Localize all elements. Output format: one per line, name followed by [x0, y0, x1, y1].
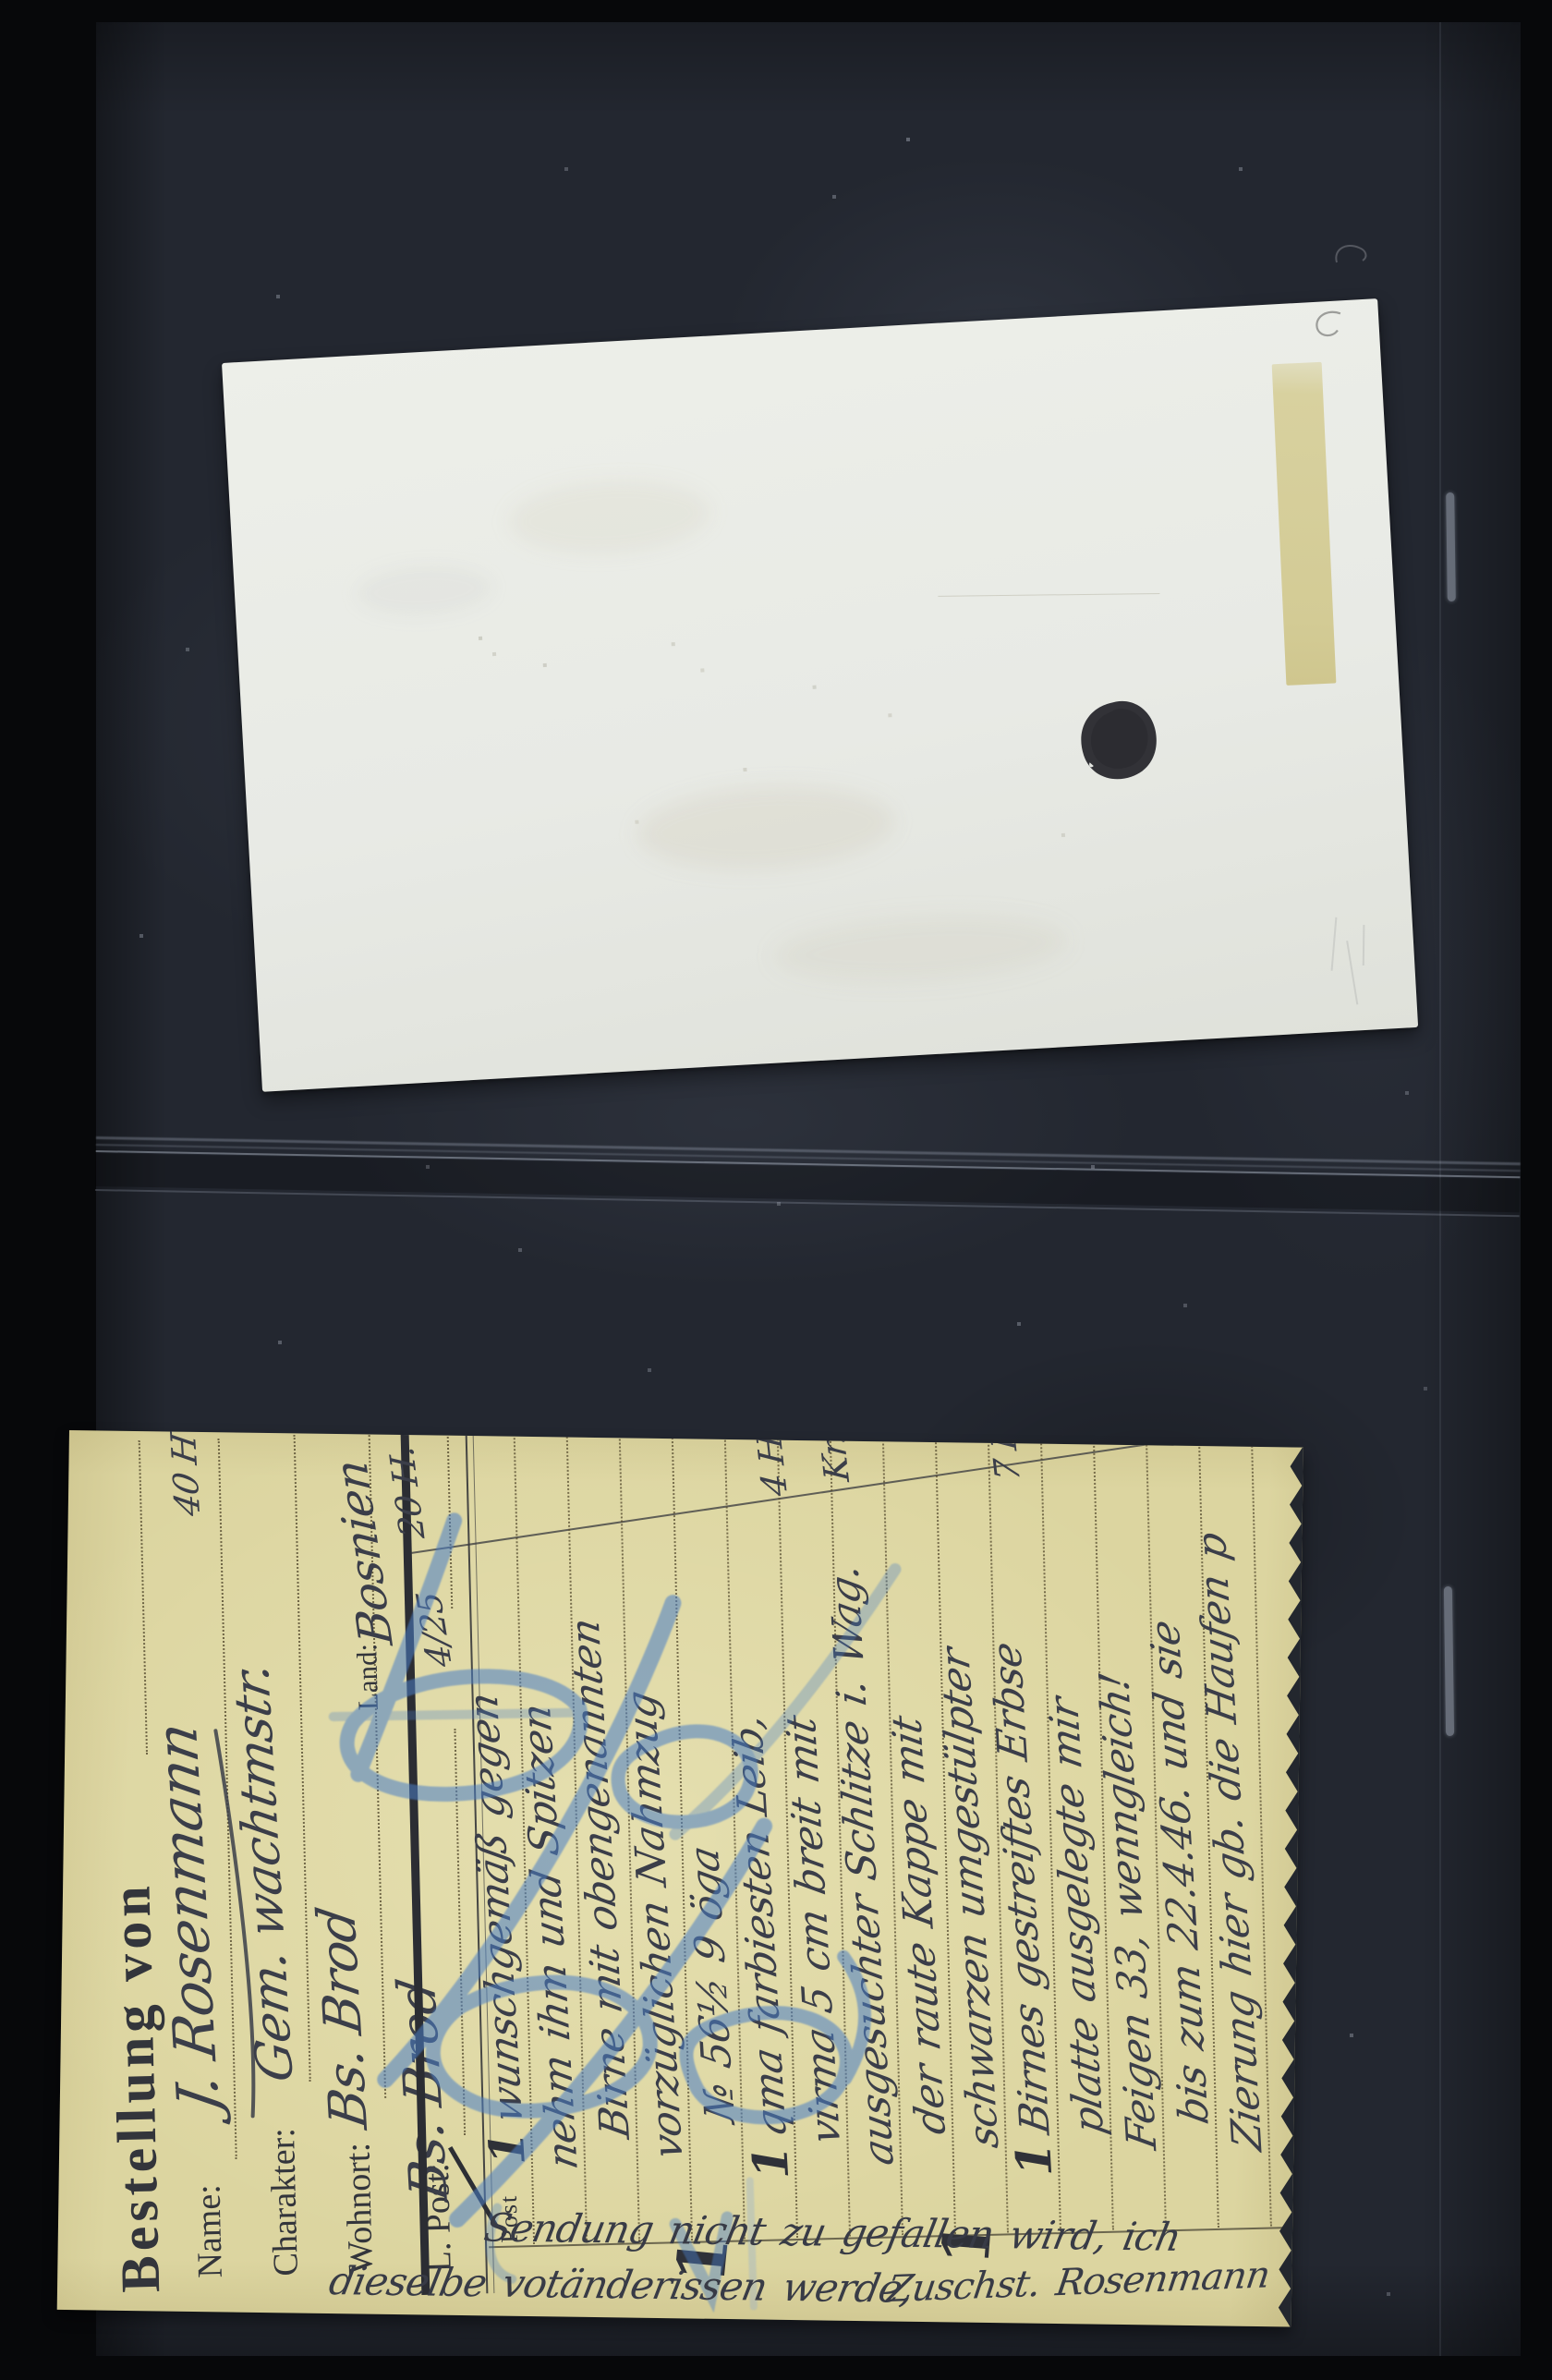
marginal-script-line: Sendung nicht zu gefallen wird, ich: [480, 2204, 1183, 2259]
paper-stain: [771, 908, 1070, 990]
album-page-photo: Bestellung von Name: J. Rosenmann 40 H C…: [0, 0, 1552, 2380]
ink-blot: [1073, 694, 1163, 785]
pencil-ghost-marks: [1326, 916, 1374, 1014]
paper-stain: [635, 779, 898, 876]
dotted-rule: [447, 1433, 454, 1609]
pocket-slit: [1446, 492, 1456, 601]
tape-strip: [1272, 362, 1337, 686]
land-label: Land:: [350, 1643, 385, 1710]
paper-flecks: [222, 363, 224, 365]
order-form-rotated-content: Bestellung von Name: J. Rosenmann 40 H C…: [77, 1430, 1303, 2311]
amount-script: 4 H: [749, 1434, 795, 1497]
paper-stain: [506, 475, 713, 560]
blank-card-back: [222, 298, 1418, 1092]
amount-script: Kr.: [813, 1433, 858, 1482]
dotted-rule: [139, 1440, 148, 1755]
paper-crease: [938, 593, 1159, 597]
dust-speckles: [0, 0, 2, 2]
order-form-card: Bestellung von Name: J. Rosenmann 40 H C…: [57, 1430, 1303, 2327]
wohnort-label: Wohnort:: [337, 2142, 381, 2275]
fee-top-script: 20 H.: [382, 1446, 432, 1539]
name-label: Name:: [188, 2184, 230, 2278]
charakter-label: Charakter:: [262, 2128, 307, 2277]
marginal-script-line: dieselbe votänderissen werde,: [326, 2258, 917, 2312]
wohnort-value-script: Bs. Brod: [307, 1904, 380, 2131]
name-fee-script: 40 H: [164, 1431, 208, 1518]
pencil-squiggle: [1308, 306, 1351, 345]
paper-stain: [354, 561, 495, 620]
